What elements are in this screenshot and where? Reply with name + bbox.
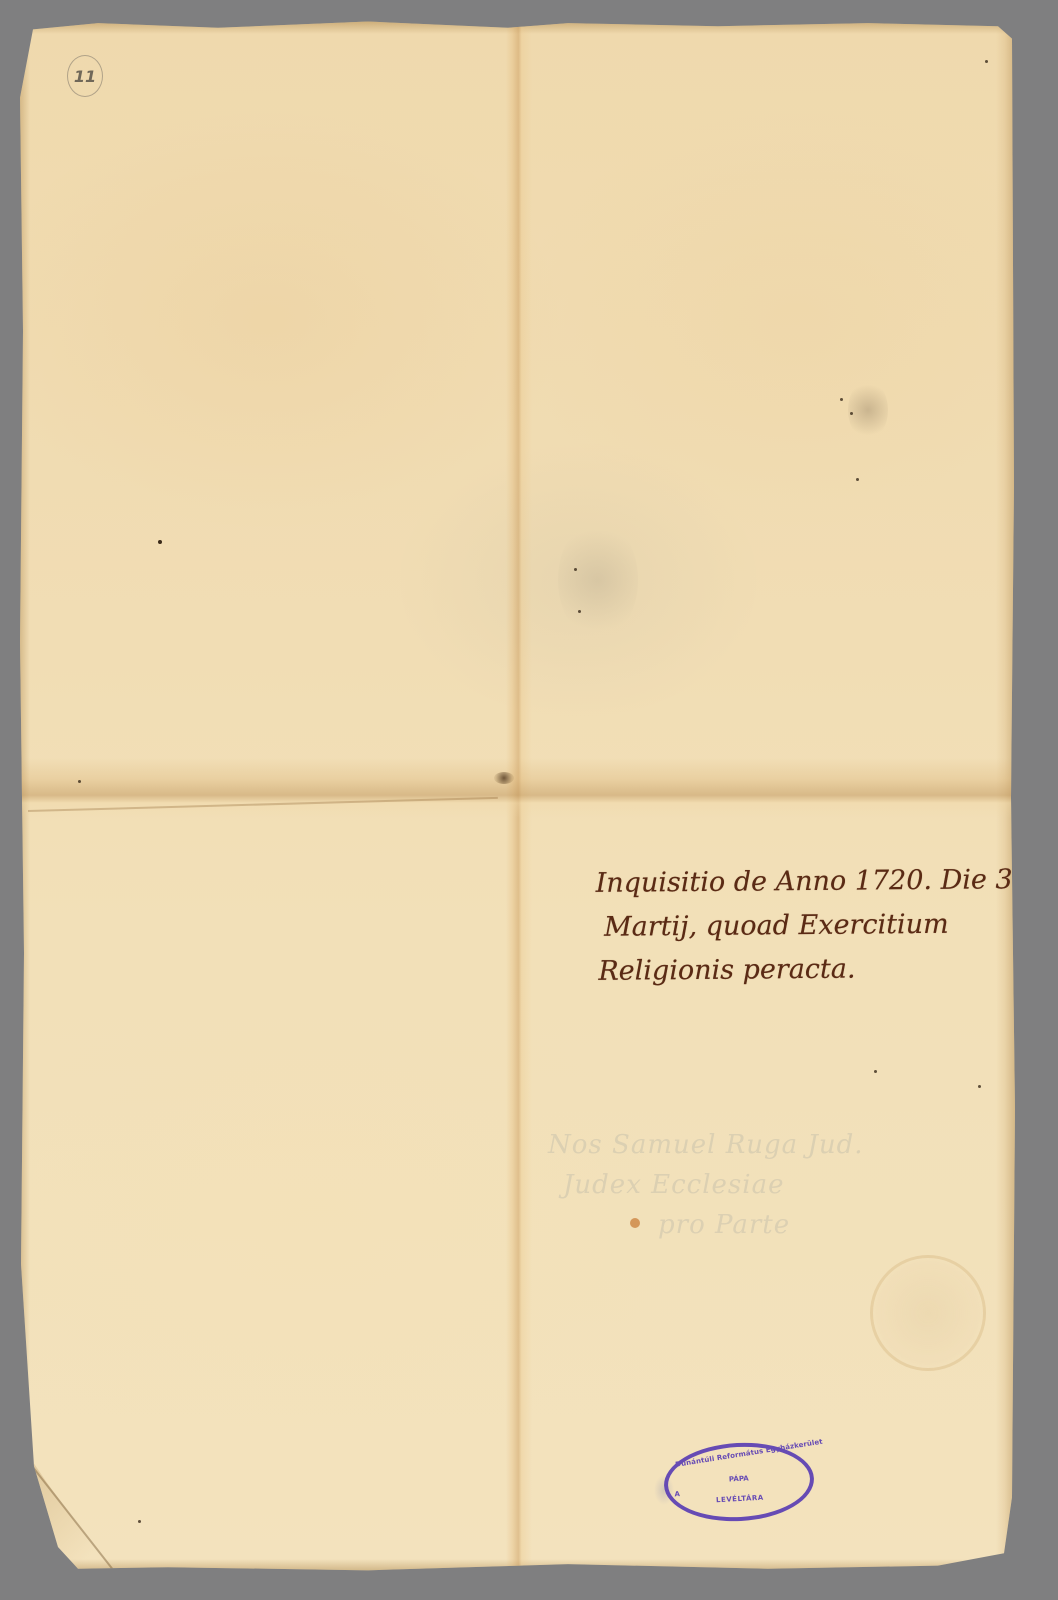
ink-speck [578,610,581,613]
stamp-arc-text: Dunántúli Református Egyházkerület [675,1441,801,1469]
archive-stamp: Dunántúli Református Egyházkerület A PÁP… [662,1439,816,1525]
docket-line-1: Inquisitio de Anno 1720. Die 3a [595,858,1015,906]
rust-stain [630,1218,640,1228]
ink-speck [78,780,81,783]
foxing-cluster [848,380,888,440]
stamp-bottom-text: LEVÉLTÁRA [669,1491,811,1506]
ink-speck [978,1085,981,1088]
folio-number: 11 [74,67,96,86]
handwritten-docket-note: Inquisitio de Anno 1720. Die 3a Martij, … [595,858,1016,994]
horizontal-fold-crease [18,758,1018,818]
ink-speck [138,1520,141,1523]
docket-line-2: Martij, quoad Exercitium [596,902,1016,950]
bleed-through-text: pro Parte [658,1210,790,1240]
ink-speck [574,568,577,571]
docket-line-3: Religionis peracta. [596,946,1016,994]
ring-stain [870,1255,986,1371]
bleed-through-text: Nos Samuel Ruga Jud. [548,1130,864,1160]
ink-speck [840,398,843,401]
ink-speck [985,60,988,63]
manuscript-sheet: Nos Samuel Ruga Jud. Judex Ecclesiae pro… [18,20,1018,1575]
bleed-through-text: Judex Ecclesiae [563,1170,784,1200]
folio-number-circle: 11 [67,55,103,97]
stamp-city: PÁPA [668,1471,810,1486]
foxing-cluster [558,520,638,640]
ink-speck [856,478,859,481]
ink-speck [874,1070,877,1073]
ink-speck [158,540,162,544]
fold-intersection-wear [494,772,514,784]
ink-speck [850,412,853,415]
